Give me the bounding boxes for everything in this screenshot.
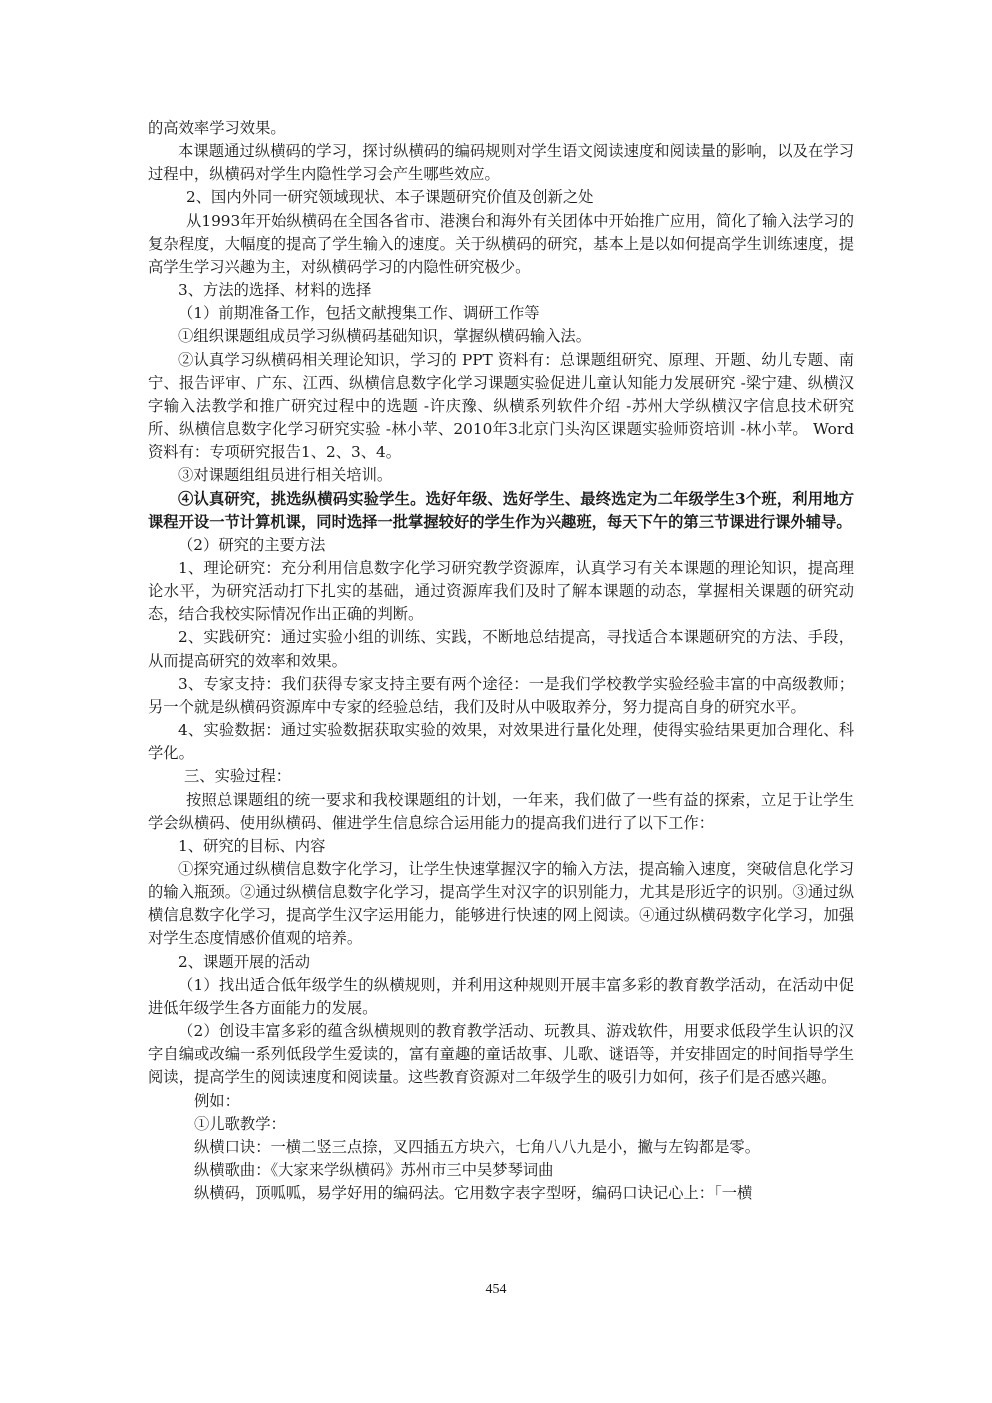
document-body: 的高效率学习效果。本课题通过纵横码的学习，探讨纵横码的编码规则对学生语文阅读速度… <box>148 117 854 1205</box>
paragraph: 1、理论研究：充分利用信息数字化学习研究教学资源库，认真学习有关本课题的理论知识… <box>148 557 854 626</box>
paragraph: （2）创设丰富多彩的蕴含纵横规则的教育教学活动、玩教具、游戏软件，用要求低段学生… <box>148 1020 854 1089</box>
paragraph: 按照总课题组的统一要求和我校课题组的计划，一年来，我们做了一些有益的探索，立足于… <box>148 789 854 835</box>
paragraph: 3、专家支持：我们获得专家支持主要有两个途径：一是我们学校教学实验经验丰富的中高… <box>148 673 854 719</box>
paragraph: 三、实验过程： <box>148 765 854 788</box>
paragraph: （1）找出适合低年级学生的纵横规则，并利用这种规则开展丰富多彩的教育教学活动，在… <box>148 974 854 1020</box>
paragraph: ①探究通过纵横信息数字化学习，让学生快速掌握汉字的输入方法，提高输入速度，突破信… <box>148 858 854 951</box>
paragraph: 2、国内外同一研究领域现状、本子课题研究价值及创新之处 <box>148 186 854 209</box>
paragraph: （2）研究的主要方法 <box>148 534 854 557</box>
paragraph: 2、课题开展的活动 <box>148 951 854 974</box>
paragraph: 从1993年开始纵横码在全国各省市、港澳台和海外有关团体中开始推广应用，简化了输… <box>148 210 854 279</box>
paragraph: 本课题通过纵横码的学习，探讨纵横码的编码规则对学生语文阅读速度和阅读量的影响，以… <box>148 140 854 186</box>
paragraph: 纵横歌曲：《大家来学纵横码》苏州市三中吴梦琴词曲 <box>148 1159 854 1182</box>
paragraph: ③对课题组组员进行相关培训。 <box>148 464 854 487</box>
paragraph: （1）前期准备工作，包括文献搜集工作、调研工作等 <box>148 302 854 325</box>
paragraph: 例如： <box>148 1090 854 1113</box>
paragraph: ①儿歌教学： <box>148 1113 854 1136</box>
paragraph: 2、实践研究：通过实验小组的训练、实践，不断地总结提高，寻找适合本课题研究的方法… <box>148 626 854 672</box>
paragraph: 纵横口诀：一横二竖三点捺，叉四插五方块六，七角八八九是小，撇与左钩都是零。 <box>148 1136 854 1159</box>
paragraph: 4、实验数据：通过实验数据获取实验的效果，对效果进行量化处理，使得实验结果更加合… <box>148 719 854 765</box>
paragraph: 1、研究的目标、内容 <box>148 835 854 858</box>
paragraph: ①组织课题组成员学习纵横码基础知识，掌握纵横码输入法。 <box>148 325 854 348</box>
page-number: 454 <box>0 1282 992 1298</box>
paragraph: 3、方法的选择、材料的选择 <box>148 279 854 302</box>
paragraph: ④认真研究，挑选纵横码实验学生。选好年级、选好学生、最终选定为二年级学生3个班，… <box>148 488 854 534</box>
paragraph: ②认真学习纵横码相关理论知识，学习的 PPT 资料有：总课题组研究、原理、开题、… <box>148 349 854 465</box>
paragraph: 的高效率学习效果。 <box>148 117 854 140</box>
paragraph: 纵横码，顶呱呱，易学好用的编码法。它用数字表字型呀，编码口诀记心上：「一横 <box>148 1182 854 1205</box>
